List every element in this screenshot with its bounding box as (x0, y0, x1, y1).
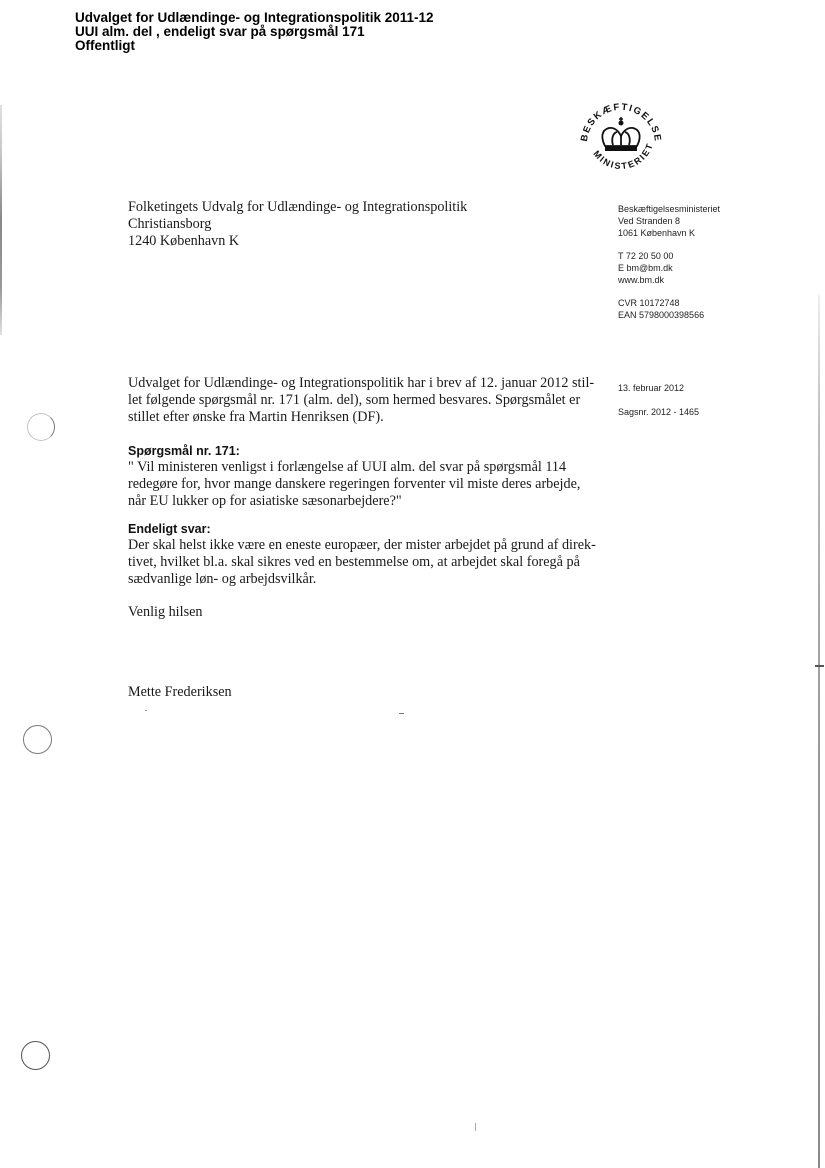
document-stamp: Udvalget for Udlændinge- og Integrations… (75, 11, 434, 53)
punch-hole (21, 1041, 50, 1070)
scan-speck (145, 710, 147, 711)
question-line: når EU lukker op for asiatiske sæsonarbe… (128, 493, 588, 510)
sender-website: www.bm.dk (618, 274, 720, 286)
crown-icon: BESKÆFTIGELSES MINISTERIET (573, 88, 669, 184)
scan-speck (399, 713, 404, 714)
signatory-name: Mette Frederiksen (128, 684, 232, 701)
sender-ean: EAN 5798000398566 (618, 309, 720, 321)
scan-edge-mark (815, 665, 824, 667)
intro-line: let følgende spørgsmål nr. 171 (alm. del… (128, 392, 583, 409)
sender-cvr: CVR 10172748 (618, 297, 720, 309)
question-line: " Vil ministeren venligst i forlængelse … (128, 459, 588, 476)
recipient-address: Folketingets Udvalg for Udlændinge- og I… (128, 199, 467, 250)
recipient-postal-line: 1240 København K (128, 233, 467, 250)
punch-hole (27, 413, 55, 441)
sender-name: Beskæftigelsesministeriet (618, 203, 720, 215)
answer-line: sædvanlige løn- og arbejdsvilkår. (128, 571, 588, 588)
stamp-reference: UUI alm. del , endeligt svar på spørgsmå… (75, 25, 434, 39)
question-line: redegøre for, hvor mange danskere regeri… (128, 476, 588, 493)
answer-line: Der skal helst ikke være en eneste europ… (128, 537, 588, 554)
intro-line: stillet efter ønske fra Martin Henriksen… (128, 409, 583, 426)
sender-phone: T 72 20 50 00 (618, 250, 720, 262)
sender-city: 1061 København K (618, 227, 720, 239)
punch-hole (23, 725, 52, 754)
svg-text:BESKÆFTIGELSES: BESKÆFTIGELSES (573, 88, 663, 143)
recipient-address-line: Christiansborg (128, 216, 467, 233)
case-number: Sagsnr. 2012 - 1465 (618, 406, 699, 418)
sender-email: E bm@bm.dk (618, 262, 720, 274)
stamp-committee: Udvalget for Udlændinge- og Integrations… (75, 11, 434, 25)
intro-paragraph: Udvalget for Udlændinge- og Integrations… (128, 375, 583, 426)
scan-edge-right (818, 295, 820, 1168)
scan-edge-left (0, 105, 2, 335)
sender-contact-block: Beskæftigelsesministeriet Ved Stranden 8… (618, 203, 720, 321)
sender-street: Ved Stranden 8 (618, 215, 720, 227)
answer-section: Endeligt svar: Der skal helst ikke være … (128, 522, 588, 588)
scan-speck (475, 1123, 476, 1131)
answer-heading: Endeligt svar: (128, 522, 588, 537)
letter-meta: 13. februar 2012 Sagsnr. 2012 - 1465 (618, 382, 699, 418)
answer-line: tivet, hvilket bl.a. skal sikres ved en … (128, 554, 588, 571)
closing-salutation: Venlig hilsen (128, 604, 202, 621)
intro-line: Udvalget for Udlændinge- og Integrations… (128, 375, 583, 392)
stamp-classification: Offentligt (75, 39, 434, 53)
letter-date: 13. februar 2012 (618, 382, 699, 394)
question-heading: Spørgsmål nr. 171: (128, 444, 588, 459)
ministry-logo: BESKÆFTIGELSES MINISTERIET (573, 88, 669, 184)
recipient-name: Folketingets Udvalg for Udlændinge- og I… (128, 199, 467, 216)
question-section: Spørgsmål nr. 171: " Vil ministeren venl… (128, 444, 588, 510)
